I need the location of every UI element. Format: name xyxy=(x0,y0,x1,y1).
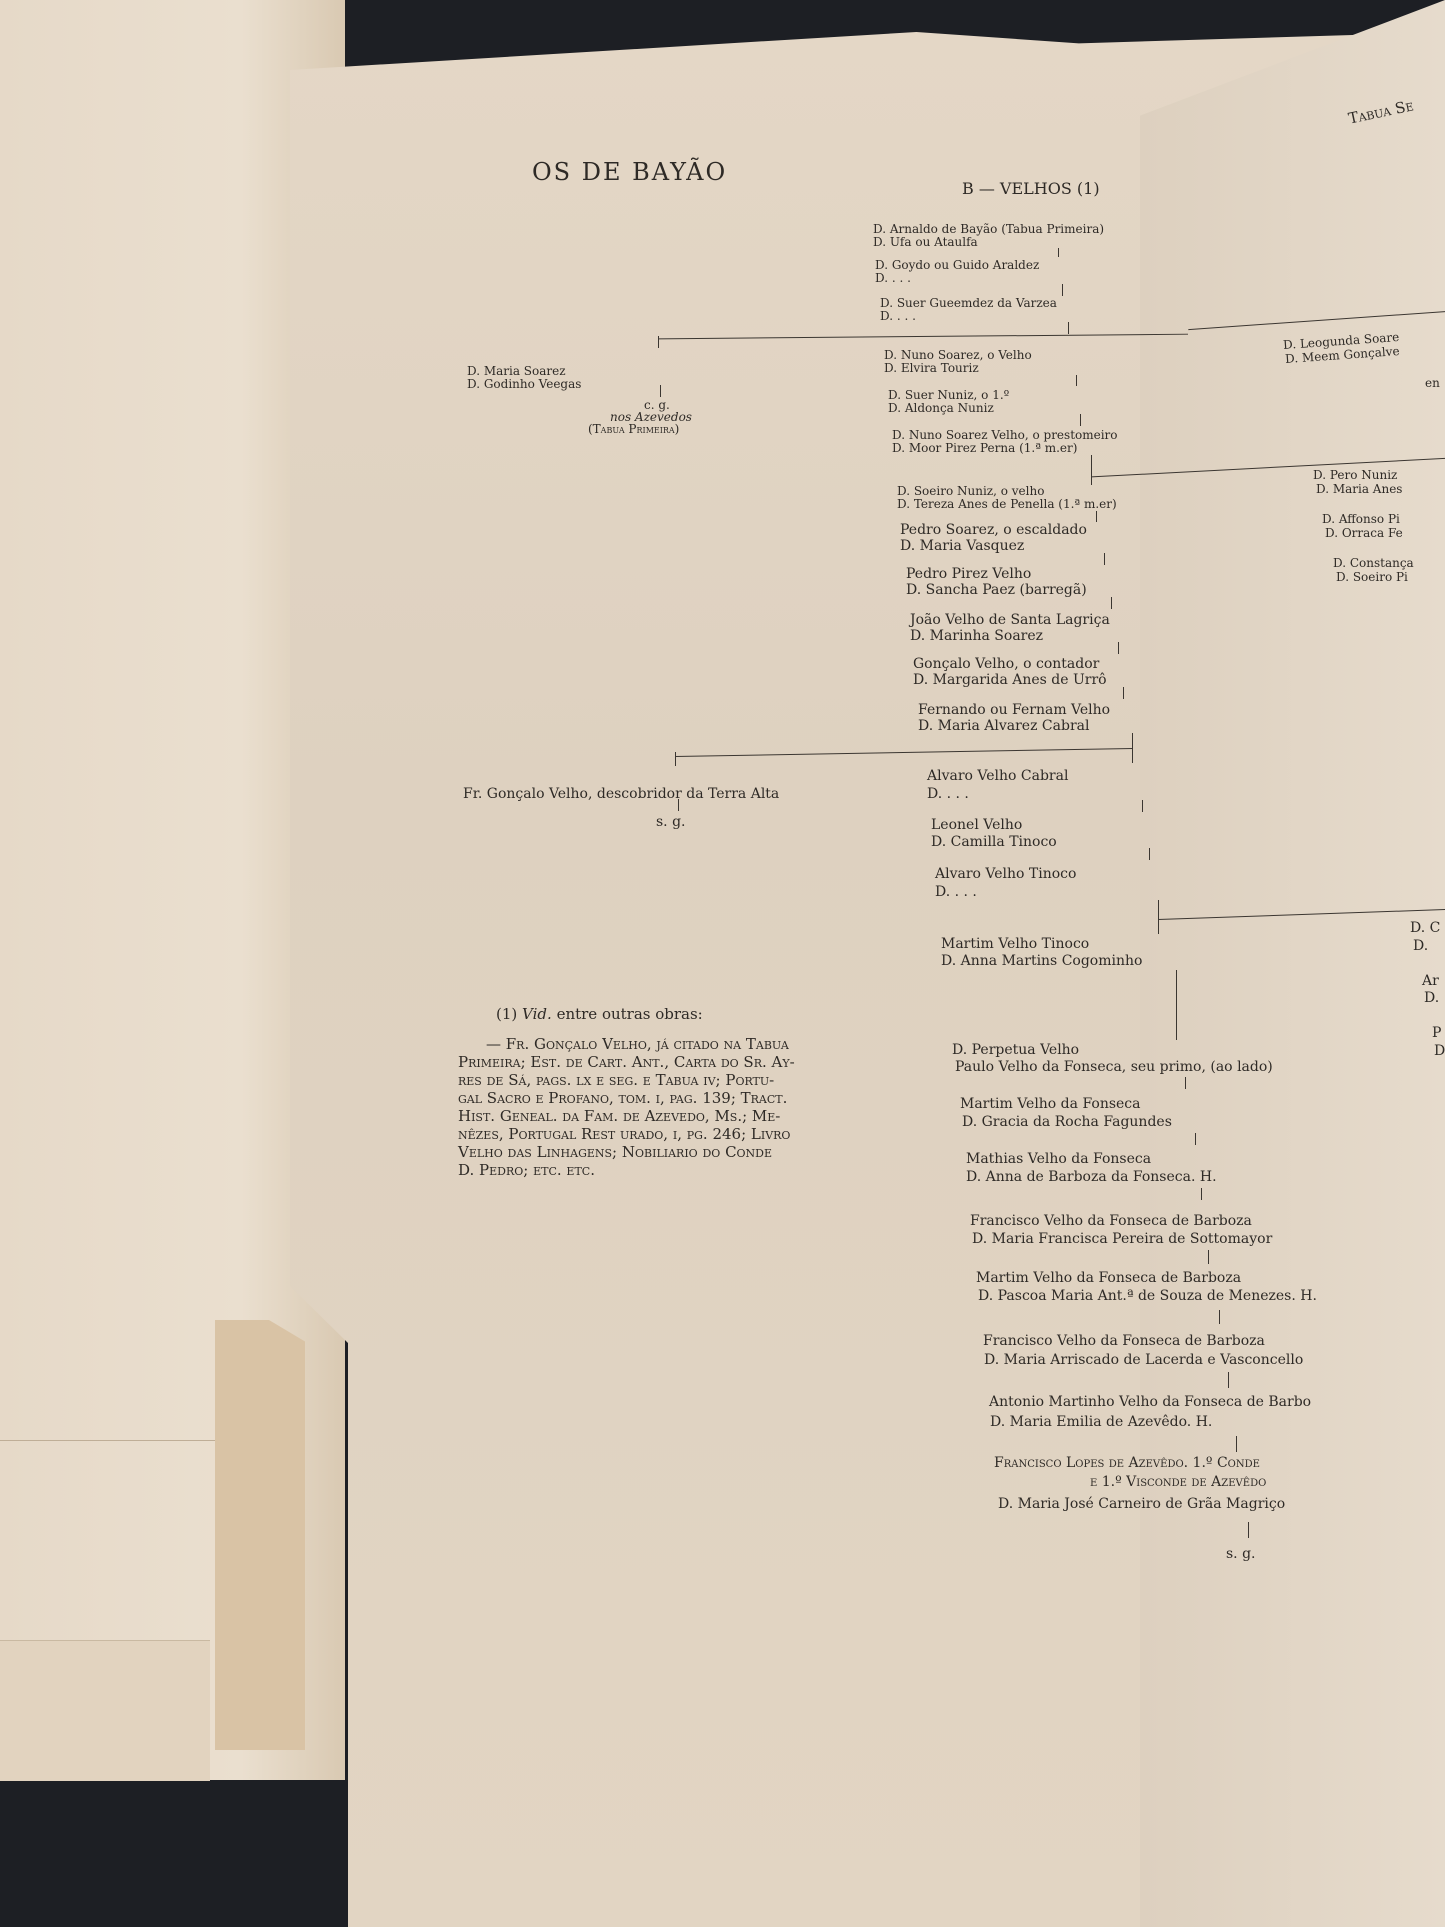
person: Gonçalo Velho, o contador xyxy=(913,656,1099,673)
connector xyxy=(1091,455,1092,485)
left-branch-note: (Tabua Primeira) xyxy=(588,422,679,436)
right-spouse: D. Soeiro Pi xyxy=(1336,570,1408,584)
person: D. Perpetua Velho xyxy=(952,1042,1079,1059)
person: D. Suer Nuniz, o 1.º xyxy=(888,388,1009,402)
connector xyxy=(1080,414,1081,426)
page-stack xyxy=(0,1640,210,1781)
right-spouse: D. xyxy=(1424,990,1439,1007)
connector xyxy=(660,385,661,397)
footnote: (1) Vid. entre outras obras: — Fr. Gonça… xyxy=(458,1005,928,1179)
person: Pedro Soarez, o escaldado xyxy=(900,522,1087,539)
right-note: en xyxy=(1425,376,1440,390)
fr-goncalo: Fr. Gonçalo Velho, descobridor da Terra … xyxy=(463,786,779,803)
connector xyxy=(1236,1436,1237,1452)
connector xyxy=(658,336,659,348)
right-page xyxy=(1140,0,1445,1927)
spouse: D. Elvira Touriz xyxy=(884,361,979,375)
person: Alvaro Velho Tinoco xyxy=(935,866,1076,883)
spouse: D. Maria Francisca Pereira de Sottomayor xyxy=(972,1231,1272,1248)
spouse: D. Maria José Carneiro de Grãa Magriço xyxy=(998,1496,1285,1513)
sem-geracao-note: s. g. xyxy=(1226,1546,1256,1563)
spouse: D. Anna de Barboza da Fonseca. H. xyxy=(966,1169,1217,1186)
right-person: D. Constança xyxy=(1333,556,1414,570)
spouse: D. Maria Arriscado de Lacerda e Vasconce… xyxy=(984,1352,1303,1369)
connector xyxy=(1062,284,1063,296)
footnote-vid: Vid. xyxy=(522,1005,552,1023)
connector xyxy=(1058,248,1059,257)
spouse: D. Pascoa Maria Ant.ª de Souza de Meneze… xyxy=(978,1288,1317,1305)
footnote-line: Primeira; Est. de Cart. Ant., Carta do S… xyxy=(458,1053,928,1071)
footnote-line: gal Sacro e Profano, tom. i, pag. 139; T… xyxy=(458,1089,928,1107)
ancestor-3b: D. . . . xyxy=(880,309,916,323)
page-fold xyxy=(0,1440,240,1441)
ancestor-2b: D. . . . xyxy=(875,271,911,285)
connector xyxy=(1111,597,1112,609)
spouse: D. Gracia da Rocha Fagundes xyxy=(962,1114,1172,1131)
spouse: D. Tereza Anes de Penella (1.ª m.er) xyxy=(897,497,1117,511)
spouse: D. Aldonça Nuniz xyxy=(888,401,994,415)
left-branch-b: D. Godinho Veegas xyxy=(467,377,581,391)
person: D. Nuno Soarez, o Velho xyxy=(884,348,1032,362)
spouse: D. Maria Vasquez xyxy=(900,538,1024,555)
connector xyxy=(1201,1188,1202,1200)
right-person: Ar xyxy=(1422,973,1439,990)
ancestor-3a: D. Suer Gueemdez da Varzea xyxy=(880,296,1057,310)
person: Leonel Velho xyxy=(931,817,1022,834)
footnote-line: — Fr. Gonçalo Velho, já citado na Tabua xyxy=(458,1035,928,1053)
person: Martim Velho Tinoco xyxy=(941,936,1089,953)
connector xyxy=(1104,553,1105,565)
person-conde-title: e 1.º Visconde de Azevêdo xyxy=(1090,1474,1266,1491)
connector xyxy=(1248,1522,1249,1538)
spouse: D. Maria Emilia de Azevêdo. H. xyxy=(990,1414,1212,1431)
connector xyxy=(1176,970,1177,1040)
spouse: D. Margarida Anes de Urrô xyxy=(913,672,1107,689)
connector xyxy=(1195,1133,1196,1145)
sem-geracao-note: s. g. xyxy=(656,814,686,831)
ancestor-1a: D. Arnaldo de Bayão (Tabua Primeira) xyxy=(873,222,1104,236)
spouse: D. Maria Alvarez Cabral xyxy=(918,718,1089,735)
page-title: OS DE BAYÃO xyxy=(532,164,727,181)
person: Antonio Martinho Velho da Fonseca de Bar… xyxy=(989,1394,1311,1411)
person: Martim Velho da Fonseca xyxy=(960,1096,1141,1113)
connector xyxy=(1208,1250,1209,1264)
right-spouse: D xyxy=(1434,1043,1445,1060)
person: João Velho de Santa Lagriça xyxy=(910,612,1110,629)
footnote-line: res de Sá, pags. lx e seg. e Tabua iv; P… xyxy=(458,1071,928,1089)
spouse: D. Moor Pirez Perna (1.ª m.er) xyxy=(892,441,1077,455)
connector xyxy=(1076,375,1077,386)
footnote-line: Velho das Linhagens; Nobiliario do Conde xyxy=(458,1143,928,1161)
connector xyxy=(1185,1077,1186,1089)
connector xyxy=(1228,1372,1229,1388)
connector xyxy=(1149,848,1150,860)
spouse: D. . . . xyxy=(927,786,969,803)
ancestor-2a: D. Goydo ou Guido Araldez xyxy=(875,258,1039,272)
person: Francisco Velho da Fonseca de Barboza xyxy=(983,1333,1265,1350)
spouse: D. Camilla Tinoco xyxy=(931,834,1057,851)
person: Fernando ou Fernam Velho xyxy=(918,702,1110,719)
spouse: D. Marinha Soarez xyxy=(910,628,1043,645)
section-title: B — VELHOS (1) xyxy=(962,180,1100,197)
spouse: D. Sancha Paez (barregã) xyxy=(906,582,1087,599)
right-person: D. C xyxy=(1410,920,1440,937)
right-spouse: D. Maria Anes xyxy=(1316,482,1402,496)
connector xyxy=(1219,1310,1220,1324)
paper-tab xyxy=(215,1320,305,1750)
connector xyxy=(1142,800,1143,812)
person: Alvaro Velho Cabral xyxy=(927,768,1068,785)
person: Francisco Velho da Fonseca de Barboza xyxy=(970,1213,1252,1230)
connector xyxy=(675,752,676,766)
ancestor-1b: D. Ufa ou Ataulfa xyxy=(873,235,978,249)
person: D. Soeiro Nuniz, o velho xyxy=(897,484,1044,498)
connector xyxy=(1096,511,1097,522)
connector xyxy=(1068,322,1069,334)
connector xyxy=(678,799,679,811)
footnote-line: D. Pedro; etc. etc. xyxy=(458,1161,928,1179)
spouse: Paulo Velho da Fonseca, seu primo, (ao l… xyxy=(955,1059,1273,1076)
footnote-line: nêzes, Portugal Rest urado, i, pg. 246; … xyxy=(458,1125,928,1143)
right-person: D. Pero Nuniz xyxy=(1313,468,1397,482)
connector xyxy=(1158,900,1159,934)
footnote-line: Hist. Geneal. da Fam. de Azevedo, Ms.; M… xyxy=(458,1107,928,1125)
footnote-number: (1) xyxy=(496,1005,517,1023)
right-spouse: D. xyxy=(1413,938,1428,955)
right-person: P xyxy=(1432,1025,1441,1042)
right-spouse: D. Orraca Fe xyxy=(1325,526,1403,540)
right-person: D. Affonso Pi xyxy=(1322,512,1400,526)
person-conde: Francisco Lopes de Azevêdo. 1.º Conde xyxy=(994,1455,1260,1472)
spouse: D. Anna Martins Cogominho xyxy=(941,953,1142,970)
spouse: D. . . . xyxy=(935,884,977,901)
left-branch-a: D. Maria Soarez xyxy=(467,364,566,378)
footnote-intro: entre outras obras: xyxy=(557,1005,703,1023)
connector xyxy=(1118,642,1119,654)
person: Mathias Velho da Fonseca xyxy=(966,1151,1151,1168)
person: D. Nuno Soarez Velho, o prestomeiro xyxy=(892,428,1118,442)
person: Martim Velho da Fonseca de Barboza xyxy=(976,1270,1241,1287)
person: Pedro Pirez Velho xyxy=(906,566,1031,583)
connector xyxy=(1123,687,1124,699)
